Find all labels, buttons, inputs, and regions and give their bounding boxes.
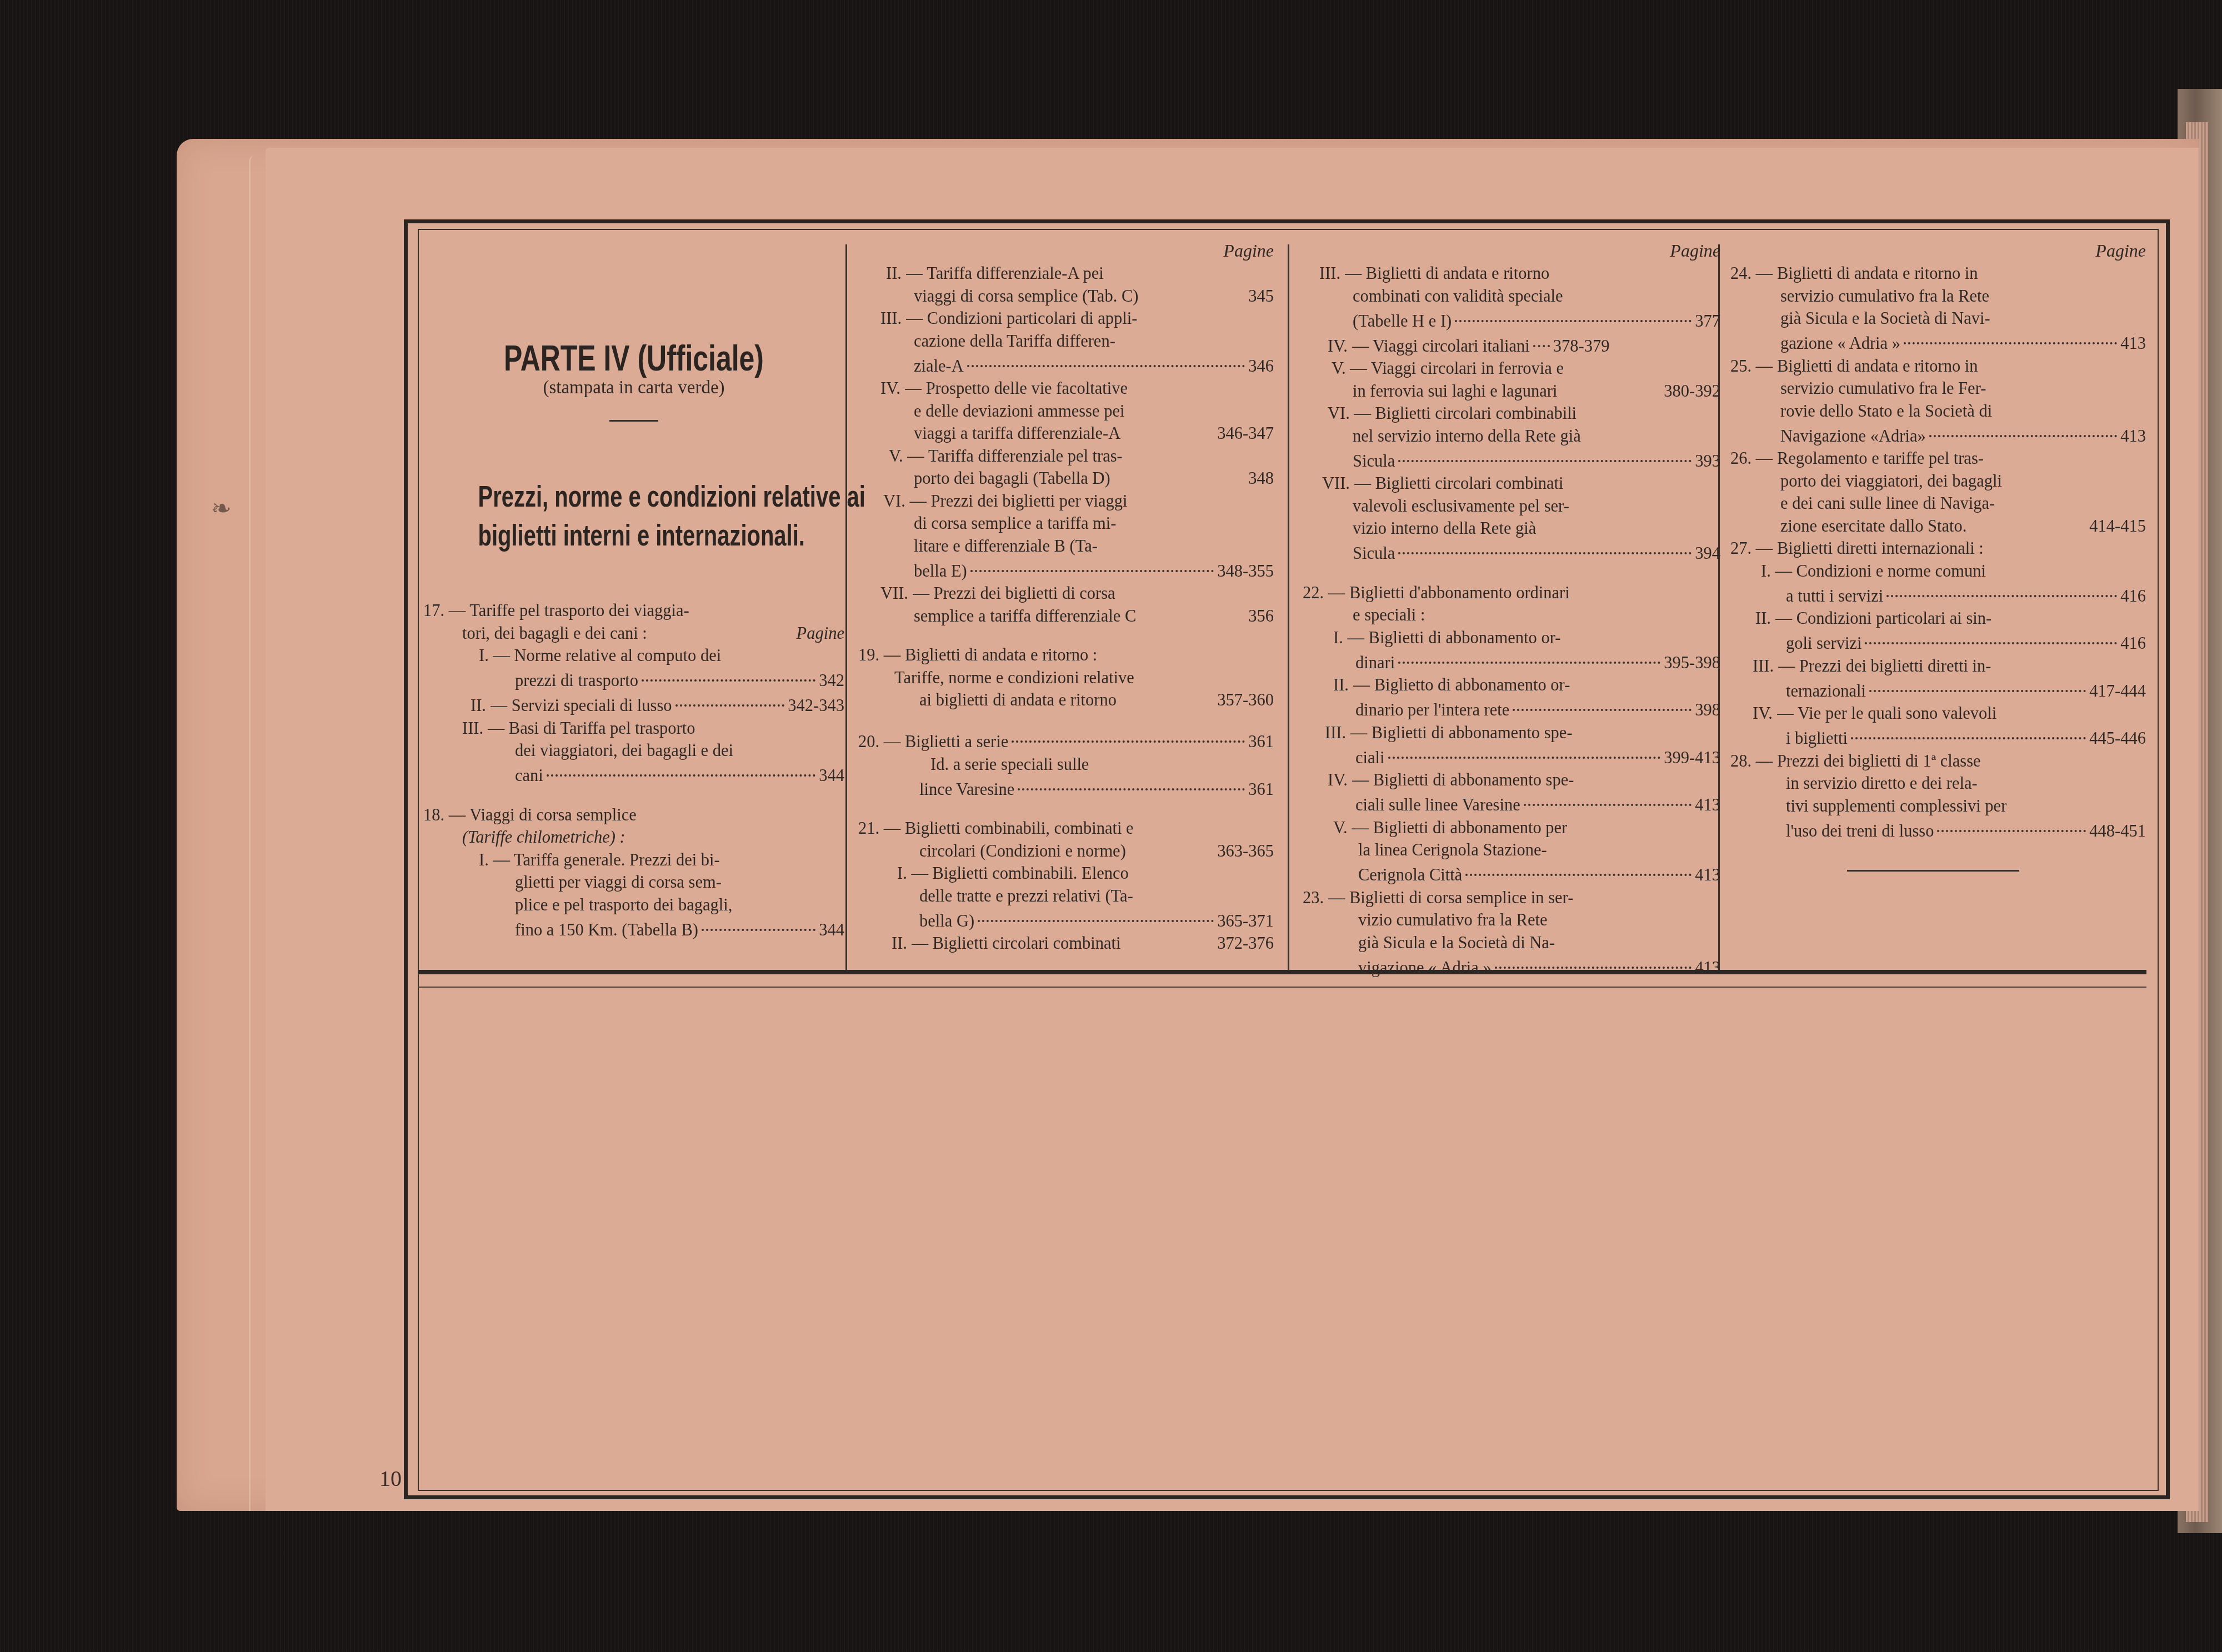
- toc-entry-22-i[interactable]: I. — Biglietti di abbonamento or- dinari…: [1303, 627, 1720, 674]
- roman-numeral: V.: [1332, 357, 1346, 380]
- leader-dots: [1869, 673, 2086, 692]
- entry-text: Tariffe, norme e condizioni relative: [894, 667, 1134, 689]
- page-ref: 348: [1248, 467, 1274, 490]
- leader-dots: [1937, 813, 2086, 832]
- pagine-label: Pagine: [797, 622, 844, 645]
- pencil-mark-icon: ❧: [211, 494, 233, 522]
- page-ref: 363-365: [1217, 840, 1274, 863]
- section-rule-thin: [418, 987, 2146, 988]
- toc-column-4: Pagine 24. — Biglietti di andata e ritor…: [1730, 239, 2146, 872]
- page-ref: 361: [1248, 778, 1274, 801]
- roman-numeral: III.: [462, 717, 483, 740]
- entry-text: (Tariffe chilometriche) :: [462, 826, 625, 849]
- entry-text: 19. — Biglietti di andata e ritorno :: [858, 644, 1097, 667]
- roman-numeral: I.: [1761, 560, 1771, 583]
- toc-entry-22[interactable]: 22. — Biglietti d'abbonamento ordinari e…: [1303, 582, 1720, 627]
- roman-numeral: III.: [1319, 262, 1340, 285]
- toc-entry-27-ii[interactable]: II. — Condizioni particolari ai sin- gol…: [1730, 607, 2146, 655]
- entry-text: 20. — Biglietti a serie: [858, 730, 1008, 753]
- entry-text: semplice a tariffa differenziale C: [914, 605, 1136, 628]
- roman-numeral: VII.: [880, 582, 908, 605]
- page-ref: 399-413: [1664, 747, 1720, 769]
- leader-dots: [1012, 724, 1245, 743]
- subject-title-line-1: Prezzi, norme e condizioni relative ai: [478, 477, 790, 516]
- toc-entry-27[interactable]: 27. — Biglietti diretti internazionali :: [1730, 537, 2146, 560]
- entry-text: — Servizi speciali di lusso: [491, 694, 672, 717]
- entry-text: 24. — Biglietti di andata e ritorno in: [1730, 262, 1978, 285]
- toc-entry-27-i[interactable]: I. — Condizioni e norme comuni a tutti i…: [1730, 560, 2146, 608]
- entry-text: bella G): [919, 910, 974, 933]
- page-ref: 342: [819, 669, 844, 692]
- toc-entry-22-v[interactable]: V. — Biglietti di abbonamento per la lin…: [1303, 817, 1720, 887]
- entry-text: dinario per l'intera rete: [1355, 699, 1509, 722]
- entry-text: — Biglietti combinabili. Elenco: [911, 862, 1128, 885]
- entry-text: a tutti i servizi: [1786, 585, 1883, 608]
- page-ref: 413: [1695, 864, 1720, 887]
- leader-dots: [1513, 692, 1691, 712]
- page-ref: 344: [819, 919, 844, 942]
- entry-text: zione esercitate dallo Stato.: [1780, 515, 1966, 538]
- entry-text: dinari: [1355, 652, 1395, 674]
- toc-entry-21-vii[interactable]: VII. — Biglietti circolari combinati val…: [1303, 472, 1720, 565]
- entry-text: — Tariffa generale. Prezzi dei bi-: [493, 849, 719, 872]
- entry-text: Sicula: [1353, 450, 1395, 473]
- roman-numeral: IV.: [880, 377, 900, 400]
- roman-numeral: I.: [897, 862, 907, 885]
- page-ref: 377: [1695, 310, 1720, 333]
- entry-text: 25. — Biglietti di andata e ritorno in: [1730, 355, 1978, 378]
- toc-entry-21-vi[interactable]: VI. — Biglietti circolari combinabili ne…: [1303, 402, 1720, 472]
- toc-entry-22-iii[interactable]: III. — Biglietti di abbonamento spe- cia…: [1303, 722, 1720, 769]
- page-ref: 356: [1248, 605, 1274, 628]
- page-ref: 393: [1695, 450, 1720, 473]
- entry-text: 18. — Viaggi di corsa semplice: [423, 804, 637, 827]
- entry-text: 21. — Biglietti combinabili, combinati e: [858, 817, 1134, 840]
- part-subtitle: (stampata in carta verde): [423, 377, 844, 399]
- leader-dots: [1388, 739, 1661, 759]
- entry-text: lince Varesine: [919, 778, 1014, 801]
- entry-text: e dei cani sulle linee di Naviga-: [1780, 492, 1995, 515]
- toc-entry-27-iv[interactable]: IV. — Vie per le quali sono valevoli i b…: [1730, 702, 2146, 750]
- toc-entry-20-id[interactable]: Id. a serie speciali sulle lince Varesin…: [858, 753, 1274, 801]
- entry-text: — Biglietti circolari combinati: [912, 932, 1121, 955]
- entry-text: bella E): [914, 560, 967, 583]
- page-ref: 398: [1695, 699, 1720, 722]
- entry-text: (Tabelle H e I): [1353, 310, 1452, 333]
- entry-text: — Biglietti di abbonamento per: [1352, 817, 1567, 839]
- leader-dots: [1398, 535, 1691, 555]
- toc-entry-18-v[interactable]: V. — Tariffa differenziale pel tras- por…: [858, 445, 1274, 490]
- entry-text: — Prospetto delle vie facoltative: [905, 377, 1128, 400]
- entry-text: vizio cumulativo fra la Rete: [1358, 909, 1547, 932]
- page-ref: 361: [1248, 730, 1274, 753]
- leader-dots: [1495, 949, 1692, 969]
- leader-dots: [967, 348, 1245, 367]
- roman-numeral: I.: [1333, 627, 1343, 649]
- toc-entry-18-i[interactable]: I. — Tariffa generale. Prezzi dei bi- gl…: [423, 849, 844, 942]
- entry-text: — Biglietti circolari combinati: [1354, 472, 1564, 495]
- pagine-label: Pagine: [1303, 239, 1720, 262]
- page-ref: 414-415: [2089, 515, 2146, 538]
- entry-text: l'uso dei treni di lusso: [1786, 820, 1934, 843]
- entry-text: 28. — Prezzi dei biglietti di 1ª classe: [1730, 750, 1981, 773]
- entry-text: gazione « Adria »: [1780, 332, 1900, 355]
- short-rule: [609, 420, 658, 422]
- part-header: PARTE IV (Ufficiale) (stampata in carta …: [423, 347, 844, 555]
- entry-text: ternazionali: [1786, 680, 1866, 703]
- entry-text: — Viaggi circolari in ferrovia e: [1350, 357, 1564, 380]
- roman-numeral: I.: [479, 644, 489, 667]
- entry-text: 23. — Biglietti di corsa semplice in ser…: [1303, 887, 1573, 909]
- toc-entry-20[interactable]: 20. — Biglietti a serie361: [858, 728, 1274, 753]
- toc-entry-18-vi[interactable]: VI. — Prezzi dei biglietti per viaggi di…: [858, 490, 1274, 583]
- subject-title-line-2: biglietti interni e internazionali.: [478, 516, 790, 555]
- entry-text: servizio cumulativo fra le Fer-: [1780, 377, 1986, 400]
- toc-entry-21-ii[interactable]: II. — Biglietti circolari combinati372-3…: [858, 932, 1274, 955]
- roman-numeral: VI.: [883, 490, 905, 513]
- roman-numeral: V.: [1333, 817, 1348, 839]
- toc-entry-27-iii[interactable]: III. — Prezzi dei biglietti diretti in- …: [1730, 655, 2146, 703]
- toc-column-3: Pagine III. — Biglietti di andata e rito…: [1303, 239, 1720, 979]
- toc-entry-26[interactable]: 26. — Regolamento e tariffe pel tras- po…: [1730, 447, 2146, 537]
- roman-numeral: IV.: [1328, 335, 1348, 358]
- page-ref: 413: [1695, 957, 1720, 979]
- entry-text: prezzi di trasporto: [515, 669, 638, 692]
- toc-entry-21-i[interactable]: I. — Biglietti combinabili. Elenco delle…: [858, 862, 1274, 932]
- entry-text: e speciali :: [1353, 604, 1425, 627]
- page-ref: 413: [1695, 794, 1720, 817]
- page-ref: 395-398: [1664, 652, 1720, 674]
- page-ref: 348-355: [1217, 560, 1274, 583]
- entry-text: goli servizi: [1786, 632, 1861, 655]
- page-ref: 345: [1248, 285, 1274, 308]
- toc-column-1: PARTE IV (Ufficiale) (stampata in carta …: [423, 239, 844, 941]
- toc-entry-22-ii[interactable]: II. — Biglietto di abbonamento or- dinar…: [1303, 674, 1720, 722]
- end-rule: [1847, 870, 2019, 872]
- toc-entry-23[interactable]: 23. — Biglietti di corsa semplice in ser…: [1303, 887, 1720, 979]
- entry-text: — Biglietti circolari combinabili: [1354, 402, 1577, 425]
- toc-entry-18[interactable]: 18. — Viaggi di corsa semplice (Tariffe …: [423, 804, 844, 849]
- entry-text: — Tariffa differenziale pel tras-: [907, 445, 1122, 468]
- leader-dots: [1465, 857, 1691, 877]
- toc-entry-18-iii[interactable]: III. — Condizioni particolari di appli- …: [858, 307, 1274, 377]
- entry-text: viaggi a tariffa differenziale-A: [914, 422, 1120, 445]
- entry-text: 17. — Tariffe pel trasporto dei viaggia-: [423, 599, 689, 622]
- entry-text: 27. — Biglietti diretti internazionali :: [1730, 537, 1984, 560]
- page-ref: 413: [2120, 425, 2146, 448]
- toc-entry-18-iv[interactable]: IV. — Prospetto delle vie facoltative e …: [858, 377, 1274, 445]
- page-ref: 416: [2120, 632, 2146, 655]
- leader-dots: [1904, 326, 2117, 345]
- entry-text: in ferrovia sui laghi e lagunari: [1353, 380, 1557, 403]
- toc-entry-24[interactable]: 24. — Biglietti di andata e ritorno in s…: [1730, 262, 2146, 355]
- entry-text: e delle deviazioni ammesse pei: [914, 400, 1124, 423]
- entry-text: ciali sulle linee Varesine: [1355, 794, 1520, 817]
- toc-entry-18-vii[interactable]: VII. — Prezzi dei biglietti di corsa sem…: [858, 582, 1274, 627]
- entry-text: ciali: [1355, 747, 1385, 769]
- entry-text: Navigazione «Adria»: [1780, 425, 1926, 448]
- section-rule-thick: [418, 970, 2146, 974]
- entry-text: Cerignola Città: [1358, 864, 1462, 887]
- leader-dots: [1929, 418, 2118, 437]
- entry-text: ziale-A: [914, 355, 964, 378]
- roman-numeral: III.: [1325, 722, 1346, 744]
- leader-dots: [1455, 303, 1691, 322]
- page-ref: 448-451: [2089, 820, 2146, 843]
- page-ref: 394: [1695, 542, 1720, 565]
- leader-dots: [1851, 720, 2086, 740]
- entry-text: — Prezzi dei biglietti per viaggi: [909, 490, 1127, 513]
- page-ref: 357-360: [1217, 689, 1274, 712]
- column-divider: [1288, 244, 1289, 971]
- leader-dots: [1398, 443, 1691, 462]
- page-ref: 417-444: [2089, 680, 2146, 703]
- entry-text: fino a 150 Km. (Tabella B): [515, 919, 698, 942]
- roman-numeral: II.: [886, 262, 902, 285]
- roman-numeral: IV.: [1328, 769, 1348, 792]
- roman-numeral: VII.: [1322, 472, 1350, 495]
- entry-text: — Prezzi dei biglietti di corsa: [913, 582, 1115, 605]
- roman-numeral: II.: [471, 694, 486, 717]
- roman-numeral: II.: [1755, 607, 1771, 630]
- toc-column-2: Pagine II. — Tariffa differenziale-A pei…: [858, 239, 1274, 955]
- leader-dots: [978, 903, 1214, 922]
- entry-text: — Viaggi circolari italiani: [1352, 335, 1530, 358]
- page-ref: 413: [2120, 332, 2146, 355]
- entry-text: circolari (Condizioni e norme): [919, 840, 1126, 863]
- toc-entry-21-iv[interactable]: IV. — Viaggi circolari italiani378-379: [1303, 332, 1720, 357]
- leader-dots: [1018, 771, 1245, 790]
- entry-text: di corsa semplice a tariffa mi-: [914, 512, 1116, 535]
- toc-entry-21-v[interactable]: V. — Viaggi circolari in ferrovia e in f…: [1303, 357, 1720, 402]
- toc-entry-18-ii[interactable]: II. — Tariffa differenziale-A pei viaggi…: [858, 262, 1274, 307]
- toc-entry-21-iii[interactable]: III. — Biglietti di andata e ritorno com…: [1303, 262, 1720, 332]
- entry-text: i biglietti: [1786, 727, 1848, 750]
- leader-dots: [547, 758, 815, 777]
- entry-text: 22. — Biglietti d'abbonamento ordinari: [1303, 582, 1570, 604]
- leader-dots: [702, 912, 815, 931]
- leader-dots: [1398, 644, 1660, 664]
- leader-dots: [1886, 578, 2117, 597]
- entry-text: — Condizioni particolari di appli-: [906, 307, 1138, 330]
- entry-text: viaggi di corsa semplice (Tab. C): [914, 285, 1138, 308]
- part-title: PARTE IV (Ufficiale): [469, 347, 798, 370]
- roman-numeral: V.: [889, 445, 903, 468]
- leader-dots: [675, 688, 785, 707]
- toc-entry-22-iv[interactable]: IV. — Biglietti di abbonamento spe- cial…: [1303, 769, 1720, 817]
- page-ref: 365-371: [1217, 910, 1274, 933]
- page-ref: 342-343: [788, 694, 844, 717]
- pagine-label: Pagine: [858, 239, 1274, 262]
- leader-dots: [1533, 328, 1550, 347]
- entry-text: plice e pel trasporto dei bagagli,: [515, 894, 732, 917]
- entry-text: porto dei viaggiatori, dei bagagli: [1780, 470, 2002, 493]
- page-ref: 344: [819, 764, 844, 787]
- page-ref: 416: [2120, 585, 2146, 608]
- page-number: 10: [379, 1465, 402, 1491]
- leader-dots: [1865, 625, 2117, 645]
- entry-text: 26. — Regolamento e tariffe pel tras-: [1730, 447, 1984, 470]
- entry-text: ai biglietti di andata e ritorno: [919, 689, 1117, 712]
- page-ref: 346-347: [1217, 422, 1274, 445]
- toc-entry-17-iii[interactable]: III. — Basi di Tariffa pel trasporto dei…: [423, 717, 844, 787]
- entry-text: tori, dei bagagli e dei cani :: [462, 622, 647, 645]
- roman-numeral: I.: [479, 849, 489, 872]
- toc-entry-21[interactable]: 21. — Biglietti combinabili, combinati e…: [858, 817, 1274, 862]
- entry-text: vigazione « Adria »: [1358, 957, 1492, 979]
- toc-entry-19[interactable]: 19. — Biglietti di andata e ritorno : Ta…: [858, 644, 1274, 712]
- entry-text: cani: [515, 764, 543, 787]
- page-ref: 372-376: [1217, 932, 1274, 955]
- leader-dots: [642, 663, 815, 682]
- toc-entry-28[interactable]: 28. — Prezzi dei biglietti di 1ª classe …: [1730, 750, 2146, 843]
- entry-text: glietti per viaggi di corsa sem-: [515, 871, 722, 894]
- page-ref: 378-379: [1553, 335, 1610, 358]
- roman-numeral: VI.: [1328, 402, 1350, 425]
- entry-text: in servizio diretto e dei rela-: [1786, 772, 1978, 795]
- entry-text: — Tariffa differenziale-A pei: [906, 262, 1104, 285]
- toc-entry-17-i[interactable]: I. — Norme relative al computo dei prezz…: [423, 644, 844, 692]
- column-divider: [845, 244, 847, 971]
- page-ref: 380-392: [1664, 380, 1720, 403]
- entry-text: porto dei bagagli (Tabella D): [914, 467, 1110, 490]
- page-ref: 346: [1248, 355, 1274, 378]
- toc-entry-17[interactable]: 17. — Tariffe pel trasporto dei viaggia-…: [423, 599, 844, 644]
- roman-numeral: III.: [880, 307, 902, 330]
- entry-text: servizio cumulativo fra la Rete: [1780, 285, 1989, 308]
- roman-numeral: III.: [1753, 655, 1774, 678]
- leader-dots: [970, 553, 1214, 572]
- pagine-label: Pagine: [1730, 239, 2146, 262]
- page-ref: 445-446: [2089, 727, 2146, 750]
- entry-text: valevoli esclusivamente pel ser-: [1353, 495, 1569, 518]
- toc-entry-17-ii[interactable]: II. — Servizi speciali di lusso 342-343: [423, 692, 844, 717]
- entry-text: — Biglietti di andata e ritorno: [1345, 262, 1549, 285]
- leader-dots: [1524, 787, 1692, 807]
- roman-numeral: II.: [892, 932, 907, 955]
- toc-entry-25[interactable]: 25. — Biglietti di andata e ritorno in s…: [1730, 355, 2146, 448]
- roman-numeral: IV.: [1753, 702, 1773, 725]
- entry-text: — Basi di Tariffa pel trasporto: [488, 717, 695, 740]
- roman-numeral: II.: [1333, 674, 1349, 697]
- entry-text: Sicula: [1353, 542, 1395, 565]
